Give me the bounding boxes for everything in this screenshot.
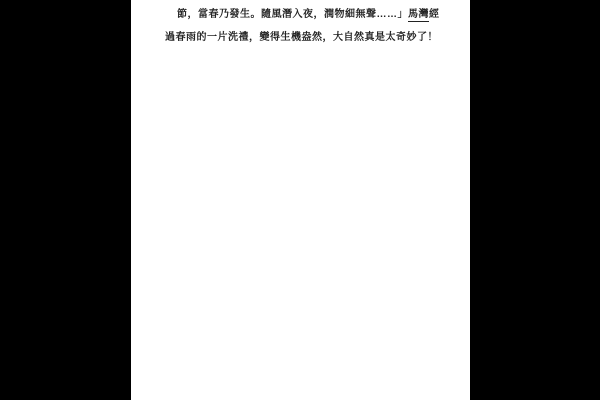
viewer-background: { "viewer": { "background_color": "#0000… [0, 0, 600, 400]
text-line-2: 過春雨的一片洗禮，變得生機盎然，大自然真是太奇妙了！ [165, 30, 438, 45]
line2-text: 過春雨的一片洗禮，變得生機盎然，大自然真是太奇妙了！ [165, 32, 438, 43]
line1-trailing-text: 經 [429, 9, 440, 20]
poem-quote-text: 節，當春乃發生。隨風潛入夜，潤物細無聲……」 [177, 9, 408, 20]
text-line-1: 節，當春乃發生。隨風潛入夜，潤物細無聲……」馬灣經 [177, 7, 440, 22]
document-page: 節，當春乃發生。隨風潛入夜，潤物細無聲……」馬灣經 過春雨的一片洗禮，變得生機盎… [131, 0, 470, 400]
proper-noun-underline: 馬灣 [408, 9, 429, 22]
